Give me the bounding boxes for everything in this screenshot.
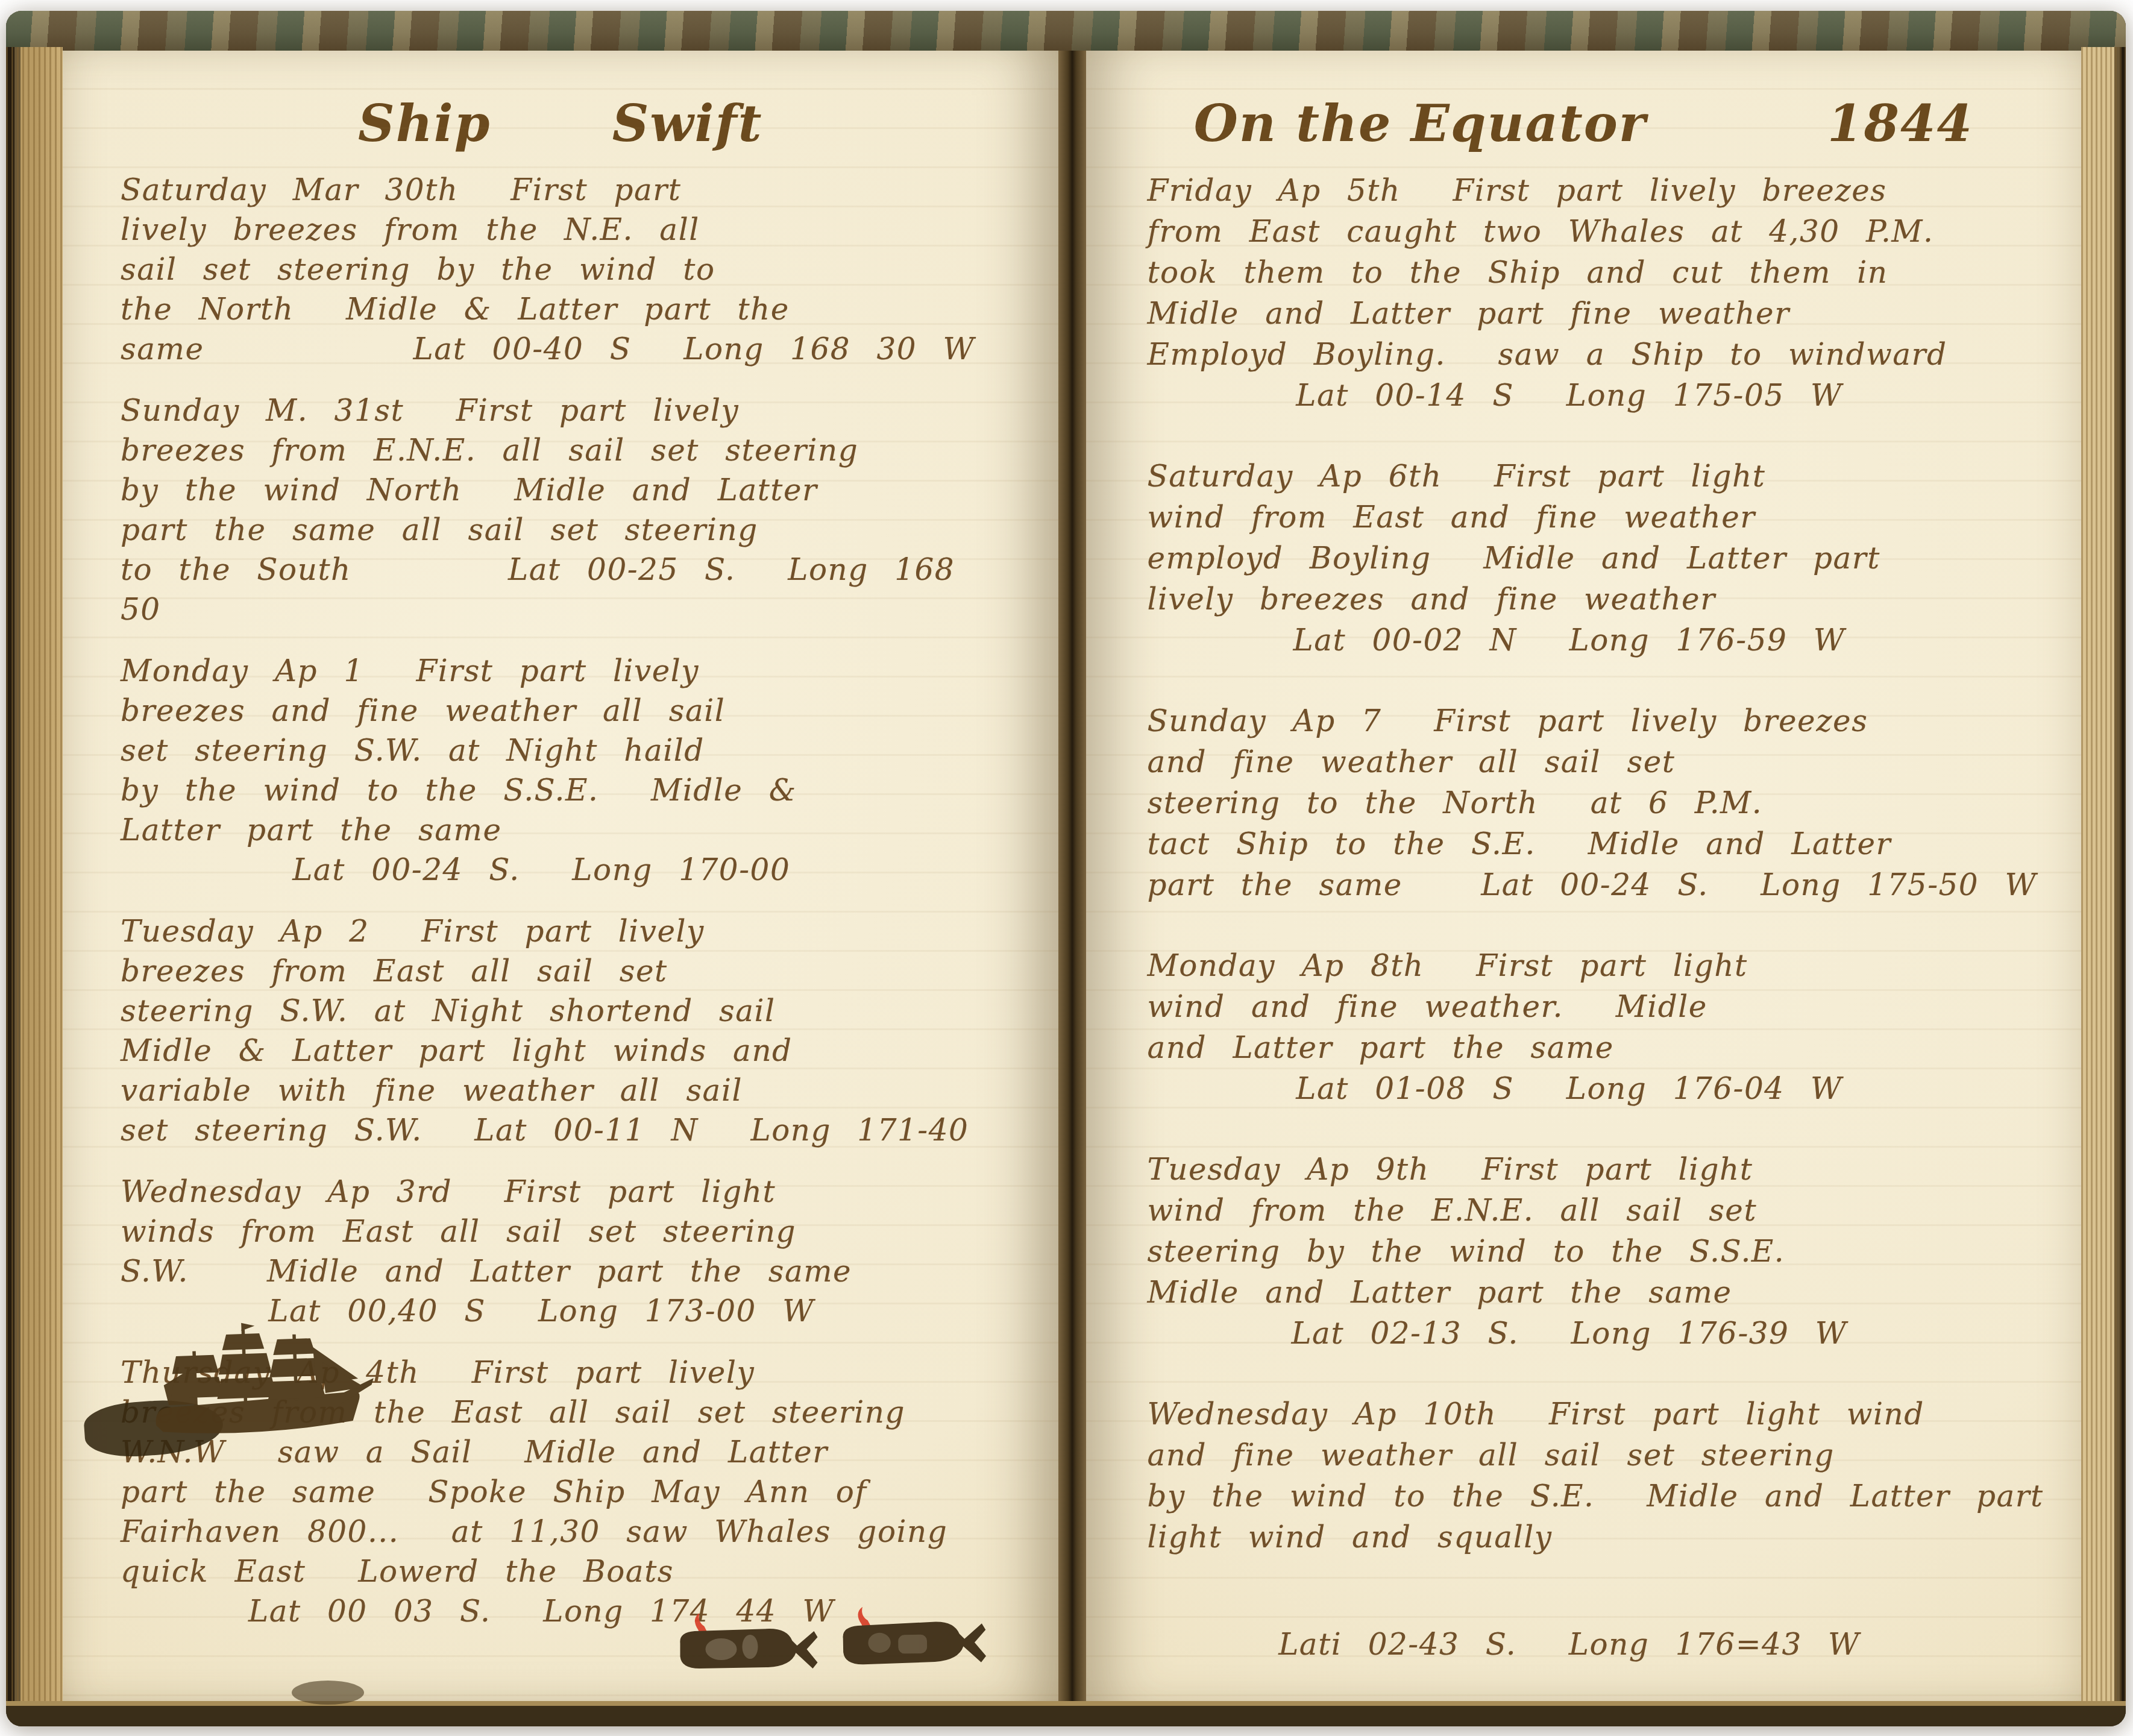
entry-line: Saturday Mar 30th First part bbox=[121, 170, 1016, 210]
entry-line: to the South Lat 00-25 S. Long 168 50 bbox=[121, 550, 1016, 629]
log-entry: Saturday Mar 30th First partlively breez… bbox=[121, 170, 1016, 369]
ship-stamp-icon bbox=[142, 1316, 382, 1456]
entry-line: Midle and Latter part fine weather bbox=[1148, 293, 2046, 334]
entry-line: breezes and fine weather all sail bbox=[121, 691, 1016, 731]
entry-line: Saturday Ap 6th First part light bbox=[1148, 456, 2046, 497]
entry-line: Midle & Latter part light winds and bbox=[121, 1031, 1016, 1071]
edge-smudge bbox=[292, 1681, 364, 1705]
entry-line: took them to the Ship and cut them in bbox=[1148, 252, 2046, 293]
log-entry: Friday Ap 5th First part lively breezesf… bbox=[1148, 170, 2046, 416]
entry-line: breezes from E.N.E. all sail set steerin… bbox=[121, 430, 1016, 470]
entry-line: Tuesday Ap 2 First part lively bbox=[121, 911, 1016, 951]
entry-line: winds from East all sail set steering bbox=[121, 1212, 1016, 1251]
entry-line: wind from the E.N.E. all sail set bbox=[1148, 1190, 2046, 1231]
pages: Ship Swift Saturday Mar 30th First partl… bbox=[63, 51, 2081, 1701]
entry-line: wind from East and fine weather bbox=[1148, 497, 2046, 538]
position-line: Lat 00-14 S Long 175-05 W bbox=[1148, 375, 2046, 416]
book-page-edges-right bbox=[2081, 47, 2126, 1705]
log-entry: Monday Ap 8th First part lightwind and f… bbox=[1148, 945, 2046, 1109]
entry-line: wind and fine weather. Midle bbox=[1148, 986, 2046, 1027]
log-entry: Sunday M. 31st First part livelybreezes … bbox=[121, 391, 1016, 629]
left-page-header: Ship Swift bbox=[63, 51, 1058, 164]
book-cover-top-edge bbox=[6, 11, 2126, 54]
log-entry: Saturday Ap 6th First part lightwind fro… bbox=[1148, 456, 2046, 661]
entry-line: Fairhaven 800... at 11,30 saw Whales goi… bbox=[121, 1512, 1016, 1552]
left-page: Ship Swift Saturday Mar 30th First partl… bbox=[63, 51, 1058, 1701]
log-entry: Tuesday Ap 9th First part lightwind from… bbox=[1148, 1149, 2046, 1354]
entry-line: quick East Lowerd the Boats bbox=[121, 1552, 1016, 1591]
log-entry: Wednesday Ap 3rd First part lightwinds f… bbox=[121, 1172, 1016, 1331]
right-page-title: On the Equator bbox=[1194, 93, 1647, 153]
right-page-header: On the Equator 1844 bbox=[1086, 51, 2082, 164]
book-gutter bbox=[1058, 51, 1086, 1701]
entry-line: Sunday Ap 7 First part lively breezes bbox=[1148, 700, 2046, 741]
entry-line: Monday Ap 8th First part light bbox=[1148, 945, 2046, 986]
log-entry: Wednesday Ap 10th First part light winda… bbox=[1148, 1394, 2046, 1665]
entry-line: Latter part the same bbox=[121, 810, 1016, 850]
right-page-year: 1844 bbox=[1827, 93, 1973, 153]
entry-line: Employd Boyling. saw a Ship to windward bbox=[1148, 334, 2046, 375]
entry-line: S.W. Midle and Latter part the same bbox=[121, 1251, 1016, 1291]
entry-line: Wednesday Ap 10th First part light wind bbox=[1148, 1394, 2046, 1435]
whale-stamp-icon bbox=[671, 1612, 831, 1690]
right-page-entries: Friday Ap 5th First part lively breezesf… bbox=[1086, 164, 2082, 1717]
log-entry: Tuesday Ap 2 First part livelybreezes fr… bbox=[121, 911, 1016, 1150]
entry-line: variable with fine weather all sail bbox=[121, 1071, 1016, 1110]
entry-line: breezes from East all sail set bbox=[121, 951, 1016, 991]
entry-line: by the wind North Midle and Latter bbox=[121, 470, 1016, 510]
right-page: On the Equator 1844 Friday Ap 5th First … bbox=[1086, 51, 2082, 1701]
entry-line: lively breezes and fine weather bbox=[1148, 579, 2046, 620]
entry-line: same Lat 00-40 S Long 168 30 W bbox=[121, 329, 1016, 369]
log-entry: Sunday Ap 7 First part lively breezesand… bbox=[1148, 700, 2046, 905]
position-line: Lat 00-24 S. Long 170-00 bbox=[121, 850, 1016, 890]
entry-line: lively breezes from the N.E. all bbox=[121, 210, 1016, 250]
position-line: Lat 02-13 S. Long 176-39 W bbox=[1148, 1313, 2046, 1354]
logbook-spread: Ship Swift Saturday Mar 30th First partl… bbox=[6, 11, 2126, 1726]
entry-line: steering S.W. at Night shortend sail bbox=[121, 991, 1016, 1031]
whale-stamp-icon bbox=[834, 1603, 1001, 1688]
entry-line: and fine weather all sail set steering bbox=[1148, 1435, 2046, 1476]
entry-line: light wind and squally bbox=[1148, 1517, 2046, 1558]
scan-background: Ship Swift Saturday Mar 30th First partl… bbox=[0, 0, 2133, 1736]
entry-line: Tuesday Ap 9th First part light bbox=[1148, 1149, 2046, 1190]
entry-line: Friday Ap 5th First part lively breezes bbox=[1148, 170, 2046, 211]
entry-line: part the same Lat 00-24 S. Long 175-50 W bbox=[1148, 864, 2046, 905]
position-line: Lat 00-02 N Long 176-59 W bbox=[1148, 620, 2046, 661]
entry-line: set steering S.W. at Night haild bbox=[121, 731, 1016, 770]
entry-line: Wednesday Ap 3rd First part light bbox=[121, 1172, 1016, 1212]
entry-line: employd Boyling Midle and Latter part bbox=[1148, 538, 2046, 579]
left-page-title: Ship Swift bbox=[358, 93, 762, 153]
entry-line: the North Midle & Latter part the bbox=[121, 289, 1016, 329]
entry-line: Monday Ap 1 First part lively bbox=[121, 651, 1016, 691]
entry-line: set steering S.W. Lat 00-11 N Long 171-4… bbox=[121, 1110, 1016, 1150]
entry-line: by the wind to the S.S.E. Midle & bbox=[121, 770, 1016, 810]
log-entry: Monday Ap 1 First part livelybreezes and… bbox=[121, 651, 1016, 890]
entry-line: steering by the wind to the S.S.E. bbox=[1148, 1231, 2046, 1272]
entry-line: and Latter part the same bbox=[1148, 1027, 2046, 1068]
entry-line: Sunday M. 31st First part lively bbox=[121, 391, 1016, 430]
entry-line: and fine weather all sail set bbox=[1148, 741, 2046, 782]
book-page-edges-left bbox=[6, 47, 63, 1705]
entry-line: steering to the North at 6 P.M. bbox=[1148, 782, 2046, 823]
entry-line: from East caught two Whales at 4,30 P.M. bbox=[1148, 211, 2046, 252]
position-line: Lat 01-08 S Long 176-04 W bbox=[1148, 1068, 2046, 1109]
entry-line: Midle and Latter part the same bbox=[1148, 1272, 2046, 1313]
entry-line: by the wind to the S.E. Midle and Latter… bbox=[1148, 1476, 2046, 1517]
entry-line: part the same Spoke Ship May Ann of bbox=[121, 1472, 1016, 1512]
entry-line: tact Ship to the S.E. Midle and Latter bbox=[1148, 823, 2046, 864]
entry-line: sail set steering by the wind to bbox=[121, 250, 1016, 289]
position-line: Lati 02-43 S. Long 176=43 W bbox=[1148, 1624, 2046, 1665]
entry-line: part the same all sail set steering bbox=[121, 510, 1016, 550]
